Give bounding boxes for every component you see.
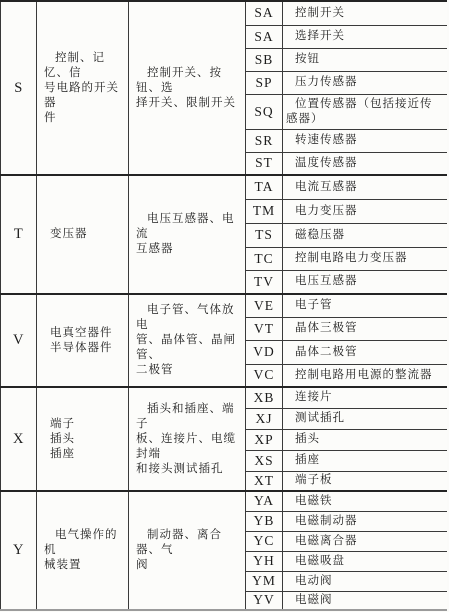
- device-text: 电压互感器: [283, 273, 447, 290]
- code-cell: XB: [246, 387, 283, 408]
- table-row: V电真空器件 半导体器件电子管、气体放电 管、晶体管、晶闸管、 二极管VE电子管: [1, 294, 447, 317]
- category-text: 电真空器件 半导体器件: [37, 325, 128, 357]
- device-cell: 转速传感器: [283, 129, 447, 152]
- device-text: 电磁制动器: [283, 513, 447, 530]
- table-row: S控制、记忆、信 号电路的开关器 件控制开关、按钮、选 择开关、限制开关SA控制…: [1, 1, 447, 25]
- device-text: 电动阀: [283, 573, 447, 590]
- device-text: 转速传感器: [283, 132, 447, 149]
- device-cell: 电流互感器: [283, 175, 447, 199]
- examples-text: 插头和插座、端子 板、连接片、电缆封端 和接头测试插孔: [129, 401, 245, 478]
- device-cell: 晶体二极管: [283, 340, 447, 364]
- device-cell: 控制电路用电源的整流器: [283, 364, 447, 387]
- device-cell: 电磁吸盘: [283, 551, 447, 571]
- device-cell: 按钮: [283, 48, 447, 71]
- device-text: 电子管: [283, 297, 447, 314]
- code-cell: VE: [246, 294, 283, 317]
- category-text: 控制、记忆、信 号电路的开关器 件: [37, 50, 128, 127]
- device-cell: 测试插孔: [283, 408, 447, 429]
- examples-cell: 插头和插座、端子 板、连接片、电缆封端 和接头测试插孔: [129, 387, 246, 491]
- device-cell: 晶体三极管: [283, 317, 447, 340]
- section-2: T变压器电压互感器、电流 互感器TA电流互感器TM电力变压器TS磁稳压器TC控制…: [1, 175, 447, 294]
- device-text: 选择开关: [283, 28, 447, 45]
- examples-cell: 控制开关、按钮、选 择开关、限制开关: [129, 1, 246, 175]
- device-text: 电磁离合器: [283, 533, 447, 550]
- category-text: 电气操作的机 械装置: [37, 527, 128, 574]
- examples-text: 电子管、气体放电 管、晶体管、晶闸管、 二极管: [129, 302, 245, 379]
- device-cell: 电压互感器: [283, 270, 447, 294]
- device-text: 插座: [283, 452, 447, 469]
- device-cell: 控制开关: [283, 1, 447, 25]
- device-text: 压力传感器: [283, 74, 447, 91]
- code-cell: YH: [246, 551, 283, 571]
- code-cell: SB: [246, 48, 283, 71]
- category-text: 变压器: [37, 226, 128, 243]
- device-cell: 电动阀: [283, 571, 447, 591]
- letter-cell: S: [1, 1, 37, 175]
- device-cell: 电子管: [283, 294, 447, 317]
- device-cell: 插头: [283, 429, 447, 450]
- code-cell: TS: [246, 223, 283, 247]
- table-row: T变压器电压互感器、电流 互感器TA电流互感器: [1, 175, 447, 199]
- category-cell: 电气操作的机 械装置: [37, 491, 129, 610]
- device-cell: 位置传感器（包括接近传感器）: [283, 94, 447, 129]
- code-cell: ST: [246, 152, 283, 175]
- examples-cell: 制动器、离合器、气 阀: [129, 491, 246, 610]
- code-cell: SR: [246, 129, 283, 152]
- category-cell: 控制、记忆、信 号电路的开关器 件: [37, 1, 129, 175]
- device-text: 位置传感器（包括接近传感器）: [283, 96, 447, 128]
- code-cell: XT: [246, 471, 283, 491]
- code-cell: XS: [246, 450, 283, 471]
- device-text: 连接片: [283, 389, 447, 406]
- code-cell: SA: [246, 1, 283, 25]
- code-cell: YM: [246, 571, 283, 591]
- device-cell: 电磁铁: [283, 491, 447, 511]
- designation-table: S控制、记忆、信 号电路的开关器 件控制开关、按钮、选 择开关、限制开关SA控制…: [0, 0, 447, 611]
- code-cell: YV: [246, 591, 283, 610]
- device-cell: 温度传感器: [283, 152, 447, 175]
- code-cell: TM: [246, 199, 283, 223]
- category-cell: 电真空器件 半导体器件: [37, 294, 129, 387]
- section-5: Y电气操作的机 械装置制动器、离合器、气 阀YA电磁铁YB电磁制动器YC电磁离合…: [1, 491, 447, 610]
- device-text: 电力变压器: [283, 203, 447, 220]
- code-cell: TA: [246, 175, 283, 199]
- letter-cell: Y: [1, 491, 37, 610]
- code-cell: TC: [246, 247, 283, 270]
- device-text: 磁稳压器: [283, 227, 447, 244]
- examples-cell: 电压互感器、电流 互感器: [129, 175, 246, 294]
- code-cell: YB: [246, 511, 283, 531]
- section-1: S控制、记忆、信 号电路的开关器 件控制开关、按钮、选 择开关、限制开关SA控制…: [1, 1, 447, 175]
- device-cell: 电磁制动器: [283, 511, 447, 531]
- code-cell: VD: [246, 340, 283, 364]
- device-text: 按钮: [283, 51, 447, 68]
- category-text: 端子 插头 插座: [37, 416, 128, 463]
- device-text: 端子板: [283, 472, 447, 489]
- letter-cell: V: [1, 294, 37, 387]
- section-3: V电真空器件 半导体器件电子管、气体放电 管、晶体管、晶闸管、 二极管VE电子管…: [1, 294, 447, 387]
- device-cell: 控制电路电力变压器: [283, 247, 447, 270]
- category-cell: 变压器: [37, 175, 129, 294]
- code-cell: SQ: [246, 94, 283, 129]
- letter-cell: T: [1, 175, 37, 294]
- device-text: 控制开关: [283, 5, 447, 22]
- examples-cell: 电子管、气体放电 管、晶体管、晶闸管、 二极管: [129, 294, 246, 387]
- device-text: 控制电路用电源的整流器: [283, 367, 447, 384]
- device-cell: 插座: [283, 450, 447, 471]
- device-text: 温度传感器: [283, 155, 447, 172]
- code-cell: YA: [246, 491, 283, 511]
- device-text: 晶体二极管: [283, 344, 447, 361]
- examples-text: 控制开关、按钮、选 择开关、限制开关: [129, 65, 245, 112]
- table-row: X端子 插头 插座插头和插座、端子 板、连接片、电缆封端 和接头测试插孔XB连接…: [1, 387, 447, 408]
- device-text: 电流互感器: [283, 179, 447, 196]
- code-cell: VC: [246, 364, 283, 387]
- code-cell: VT: [246, 317, 283, 340]
- examples-text: 制动器、离合器、气 阀: [129, 527, 245, 574]
- device-text: 电磁铁: [283, 493, 447, 510]
- device-cell: 磁稳压器: [283, 223, 447, 247]
- device-cell: 端子板: [283, 471, 447, 491]
- code-cell: XJ: [246, 408, 283, 429]
- device-text: 插头: [283, 431, 447, 448]
- code-cell: XP: [246, 429, 283, 450]
- device-cell: 压力传感器: [283, 71, 447, 94]
- device-cell: 电力变压器: [283, 199, 447, 223]
- examples-text: 电压互感器、电流 互感器: [129, 211, 245, 258]
- device-cell: 选择开关: [283, 25, 447, 48]
- code-cell: SA: [246, 25, 283, 48]
- device-text: 电磁吸盘: [283, 553, 447, 570]
- device-cell: 电磁离合器: [283, 531, 447, 551]
- device-text: 晶体三极管: [283, 320, 447, 337]
- device-cell: 电磁阀: [283, 591, 447, 610]
- code-cell: SP: [246, 71, 283, 94]
- device-text: 测试插孔: [283, 410, 447, 427]
- device-text: 电磁阀: [283, 592, 447, 609]
- section-4: X端子 插头 插座插头和插座、端子 板、连接片、电缆封端 和接头测试插孔XB连接…: [1, 387, 447, 491]
- code-cell: TV: [246, 270, 283, 294]
- device-cell: 连接片: [283, 387, 447, 408]
- category-cell: 端子 插头 插座: [37, 387, 129, 491]
- table-row: Y电气操作的机 械装置制动器、离合器、气 阀YA电磁铁: [1, 491, 447, 511]
- device-text: 控制电路电力变压器: [283, 250, 447, 267]
- letter-cell: X: [1, 387, 37, 491]
- code-cell: YC: [246, 531, 283, 551]
